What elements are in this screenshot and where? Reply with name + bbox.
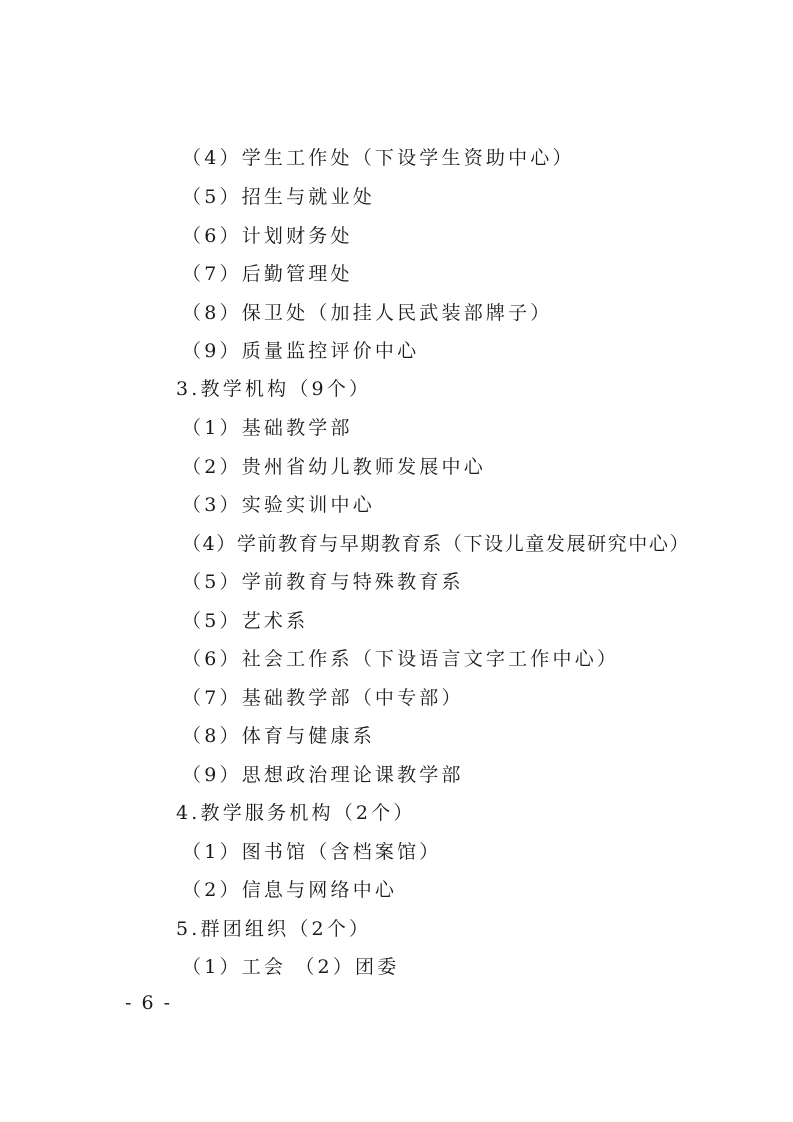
list-item: （9）质量监控评价中心	[182, 339, 419, 363]
page-number: - 6 -	[125, 991, 172, 1015]
list-item: （6）社会工作系（下设语言文字工作中心）	[182, 647, 619, 671]
list-item: （8）保卫处（加挂人民武装部牌子）	[182, 301, 553, 325]
list-item: （9）思想政治理论课教学部	[182, 763, 464, 787]
list-item: （6）计划财务处	[182, 224, 353, 248]
list-item: （2）贵州省幼儿教师发展中心	[182, 455, 486, 479]
list-item: （8）体育与健康系	[182, 724, 375, 748]
list-item: （4）学前教育与早期教育系（下设儿童发展研究中心）	[182, 532, 690, 556]
list-item: （7）基础教学部（中专部）	[182, 686, 464, 710]
section-heading: 4.教学服务机构（2个）	[176, 801, 416, 825]
section-heading: 3.教学机构（9个）	[176, 377, 371, 401]
document-page: （4）学生工作处（下设学生资助中心） （5）招生与就业处 （6）计划财务处 （7…	[0, 0, 793, 1122]
list-item: （1）工会 （2）团委	[182, 955, 399, 979]
list-item: （4）学生工作处（下设学生资助中心）	[182, 146, 575, 170]
list-item: （5）艺术系	[182, 609, 308, 633]
section-heading: 5.群团组织（2个）	[176, 917, 371, 941]
list-item: （5）招生与就业处	[182, 185, 375, 209]
list-item: （7）后勤管理处	[182, 262, 353, 286]
list-item: （5）学前教育与特殊教育系	[182, 570, 464, 594]
list-item: （2）信息与网络中心	[182, 878, 397, 902]
list-item: （1）图书馆（含档案馆）	[182, 840, 442, 864]
list-item: （3）实验实训中心	[182, 493, 375, 517]
list-item: （1）基础教学部	[182, 416, 353, 440]
